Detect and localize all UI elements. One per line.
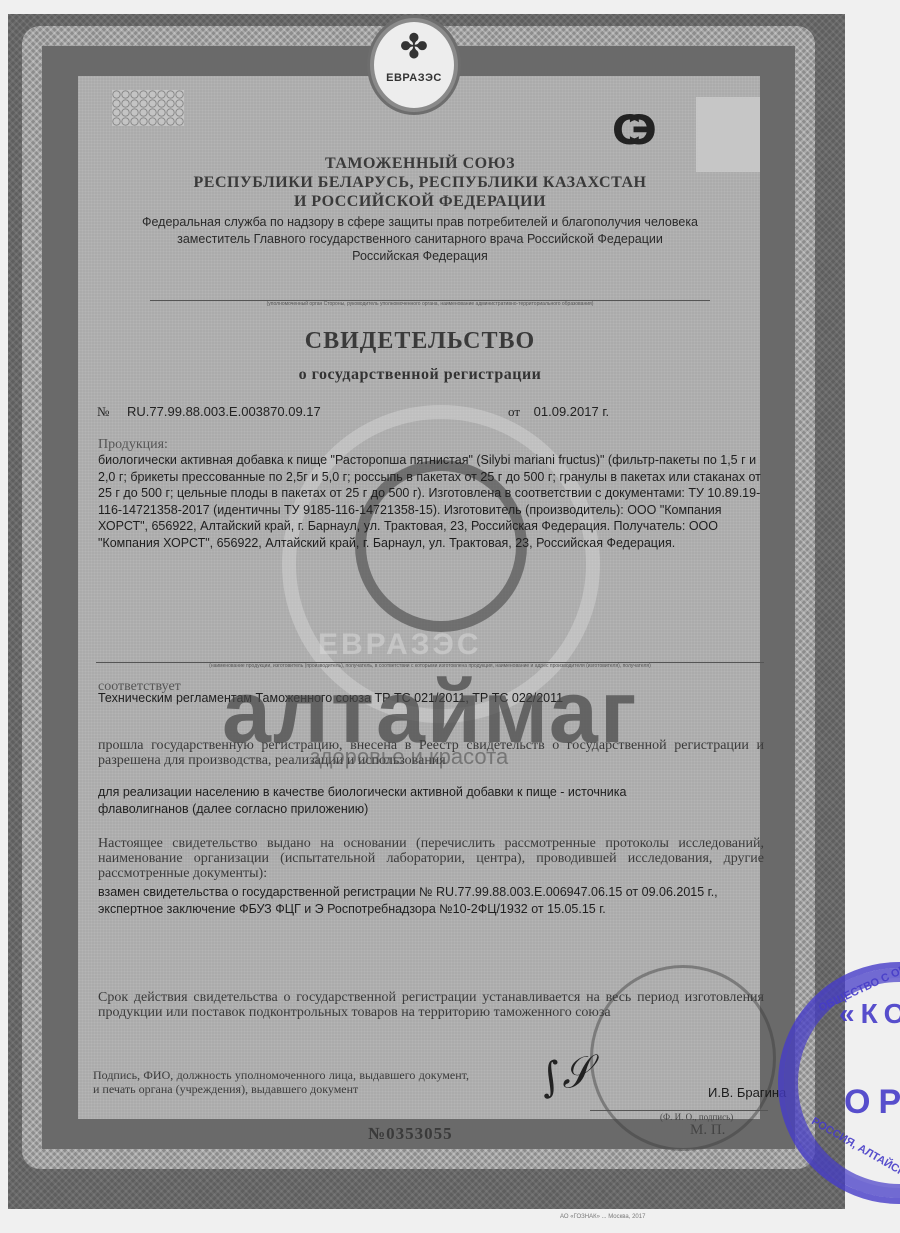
product-label: Продукция: [98,437,168,453]
watermark-emblem-text: ЕВРАЗЭС [318,628,482,662]
security-pattern-box [112,90,184,126]
stamp-center-top: «КО [839,998,900,1030]
union-line-2: РЕСПУБЛИКИ БЕЛАРУСЬ, РЕСПУБЛИКИ КАЗАХСТА… [80,173,760,192]
emblem-label: ЕВРАЗЭС [374,72,454,84]
authority-line-1: Федеральная служба по надзору в сфере за… [80,214,760,231]
signature-line [590,1110,768,1111]
registration-date: от 01.09.2017 г. [508,404,609,420]
basis-documents: взамен свидетельства о государственной р… [98,884,764,917]
document-title: СВИДЕТЕЛЬСТВО [80,328,760,355]
union-line-1: ТАМОЖЕННЫЙ СОЮЗ [80,154,760,173]
product-description: биологически активная добавка к пище "Ра… [98,452,764,551]
seal-place-label: М. П. [690,1122,725,1139]
authority-block: Федеральная служба по надзору в сфере за… [80,214,760,265]
eurasec-emblem-icon: ✤ [374,22,454,72]
signature-caption: Подпись, ФИО, должность уполномоченного … [93,1068,469,1096]
signatory-caption: (Ф. И. О., подпись) [660,1112,733,1122]
issuance-basis: Настоящее свидетельство выдано на основа… [98,836,764,881]
official-seal [590,965,776,1151]
registration-date-value: 01.09.2017 г. [534,404,609,419]
document-subtitle: о государственной регистрации [80,366,760,384]
authority-caption: (уполномоченный орган Стороны, руководит… [150,301,710,307]
blank-serial-number: №0353055 [368,1124,453,1144]
registration-date-label: от [508,404,520,419]
eurasec-emblem: ✤ ЕВРАЗЭС [370,18,458,112]
printer-imprint: АО «ГОЗНАК» ... Москва, 2017 [560,1214,645,1220]
signature-icon: ∫𝒮 [536,1048,595,1102]
stamp-center-bottom: ОРС [844,1083,900,1122]
registration-number-label: № [97,404,109,419]
registration-number: № RU.77.99.88.003.Е.003870.09.17 [97,404,321,420]
authority-line-2: заместитель Главного государственного са… [80,231,760,248]
signatory-name: И.В. Брагина [708,1085,786,1100]
watermark-brand: алтаймаг [222,668,639,756]
customs-union-sanitary-mark-icon: СЭ [612,108,643,154]
authority-line-3: Российская Федерация [80,248,760,265]
registration-number-value: RU.77.99.88.003.Е.003870.09.17 [127,404,321,419]
watermark-tagline: здоровье и красота [310,744,508,770]
union-header: ТАМОЖЕННЫЙ СОЮЗ РЕСПУБЛИКИ БЕЛАРУСЬ, РЕС… [80,154,760,211]
usage-scope: для реализации населению в качестве биол… [98,784,678,817]
union-line-3: И РОССИЙСКОЙ ФЕДЕРАЦИИ [80,192,760,211]
